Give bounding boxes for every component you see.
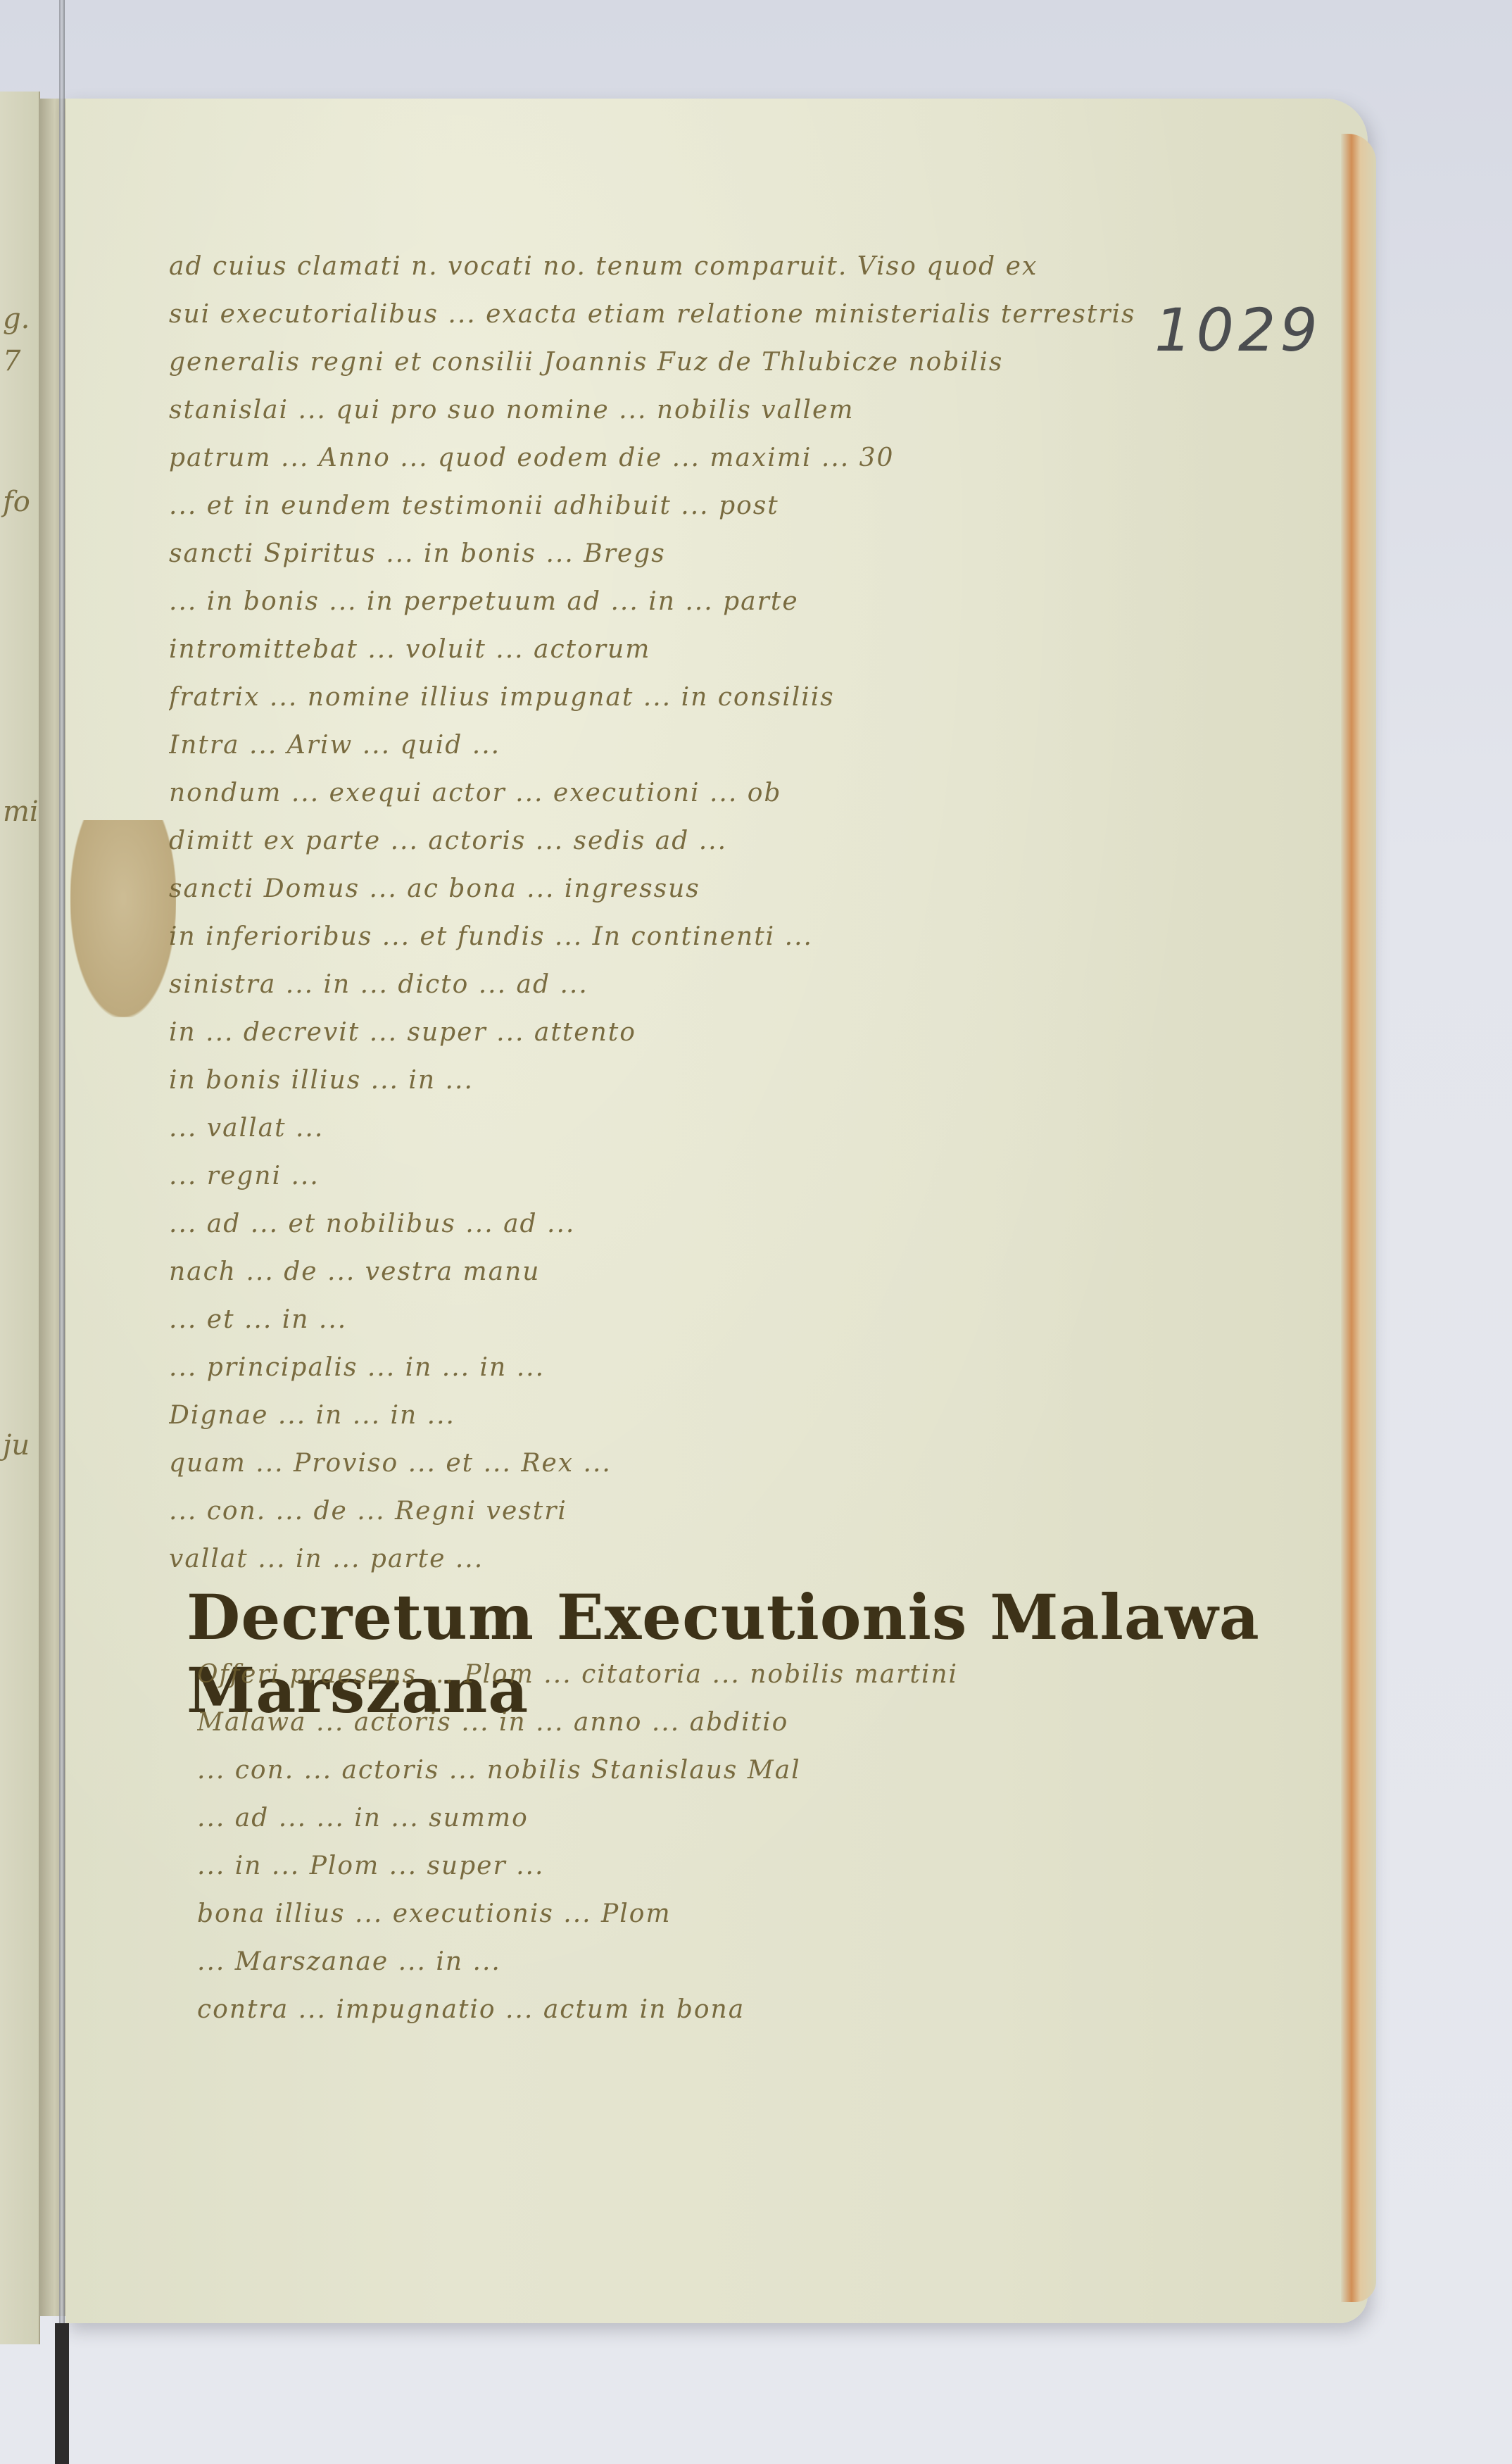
- text-line: sinistra ... in ... dicto ... ad ...: [169, 961, 1211, 1009]
- text-line: in inferioribus ... et fundis ... In con…: [169, 913, 1211, 961]
- left-page-fragment: g.: [3, 303, 30, 335]
- seal-fragment: [70, 820, 176, 1017]
- text-line: sui executorialibus ... exacta etiam rel…: [169, 291, 1211, 339]
- text-line: patrum ... Anno ... quod eodem die ... m…: [169, 434, 1211, 482]
- glass-rod: [59, 0, 65, 2464]
- text-line: fratrix ... nomine illius impugnat ... i…: [169, 674, 1211, 722]
- text-line: stanislai ... qui pro suo nomine ... nob…: [169, 386, 1211, 434]
- left-page-fragment: fo: [3, 486, 30, 518]
- text-line: sancti Spiritus ... in bonis ... Bregs: [169, 530, 1211, 578]
- text-line: in ... decrevit ... super ... attento: [169, 1009, 1211, 1057]
- text-line: in bonis illius ... in ...: [169, 1057, 1211, 1105]
- text-line: Intra ... Ariw ... quid ...: [169, 722, 1211, 769]
- text-line: sancti Domus ... ac bona ... ingressus: [169, 865, 1211, 913]
- text-line: ... con. ... de ... Regni vestri: [169, 1488, 1211, 1535]
- text-line: ... et in eundem testimonii adhibuit ...…: [169, 482, 1211, 530]
- text-line: ... in bonis ... in perpetuum ad ... in …: [169, 578, 1211, 626]
- text-line: ... ad ... ... in ... summo: [197, 1794, 1211, 1842]
- text-line: vallat ... in ... parte ...: [169, 1535, 1211, 1583]
- text-line: ... Marszanae ... in ...: [197, 1938, 1211, 1986]
- text-line: ... ad ... et nobilibus ... ad ...: [169, 1200, 1211, 1248]
- text-line: ... et ... in ...: [169, 1296, 1211, 1344]
- text-line: Offeri praesens ... Plom ... citatoria .…: [197, 1651, 1211, 1699]
- left-page-fragment: ju: [3, 1429, 30, 1462]
- text-line: ... principalis ... in ... in ...: [169, 1344, 1211, 1392]
- text-line: nondum ... exequi actor ... executioni .…: [169, 769, 1211, 817]
- left-page-fragment: mi: [3, 796, 39, 828]
- text-line: nach ... de ... vestra manu: [169, 1248, 1211, 1296]
- text-line: Dignae ... in ... in ...: [169, 1392, 1211, 1440]
- body-text-after-heading: Offeri praesens ... Plom ... citatoria .…: [197, 1651, 1211, 2034]
- holder-strip: [55, 2323, 69, 2464]
- text-line: dimitt ex parte ... actoris ... sedis ad…: [169, 817, 1211, 865]
- page-edge-stack: [1341, 134, 1376, 2302]
- text-line: ... vallat ...: [169, 1105, 1211, 1152]
- text-line: ... in ... Plom ... super ...: [197, 1842, 1211, 1890]
- left-page-fragment: 7: [3, 345, 20, 377]
- left-page-edge: g. 7 fo mi ju: [0, 92, 40, 2344]
- text-line: ... con. ... actoris ... nobilis Stanisl…: [197, 1747, 1211, 1794]
- text-line: ad cuius clamati n. vocati no. tenum com…: [169, 243, 1211, 291]
- text-line: intromittebat ... voluit ... actorum: [169, 626, 1211, 674]
- text-line: quam ... Proviso ... et ... Rex ...: [169, 1440, 1211, 1488]
- text-line: contra ... impugnatio ... actum in bona: [197, 1986, 1211, 2034]
- text-line: Malawa ... actoris ... in ... anno ... a…: [197, 1699, 1211, 1747]
- text-line: generalis regni et consilii Joannis Fuz …: [169, 339, 1211, 386]
- text-line: bona illius ... executionis ... Plom: [197, 1890, 1211, 1938]
- body-text: ad cuius clamati n. vocati no. tenum com…: [169, 243, 1211, 1583]
- text-line: ... regni ...: [169, 1152, 1211, 1200]
